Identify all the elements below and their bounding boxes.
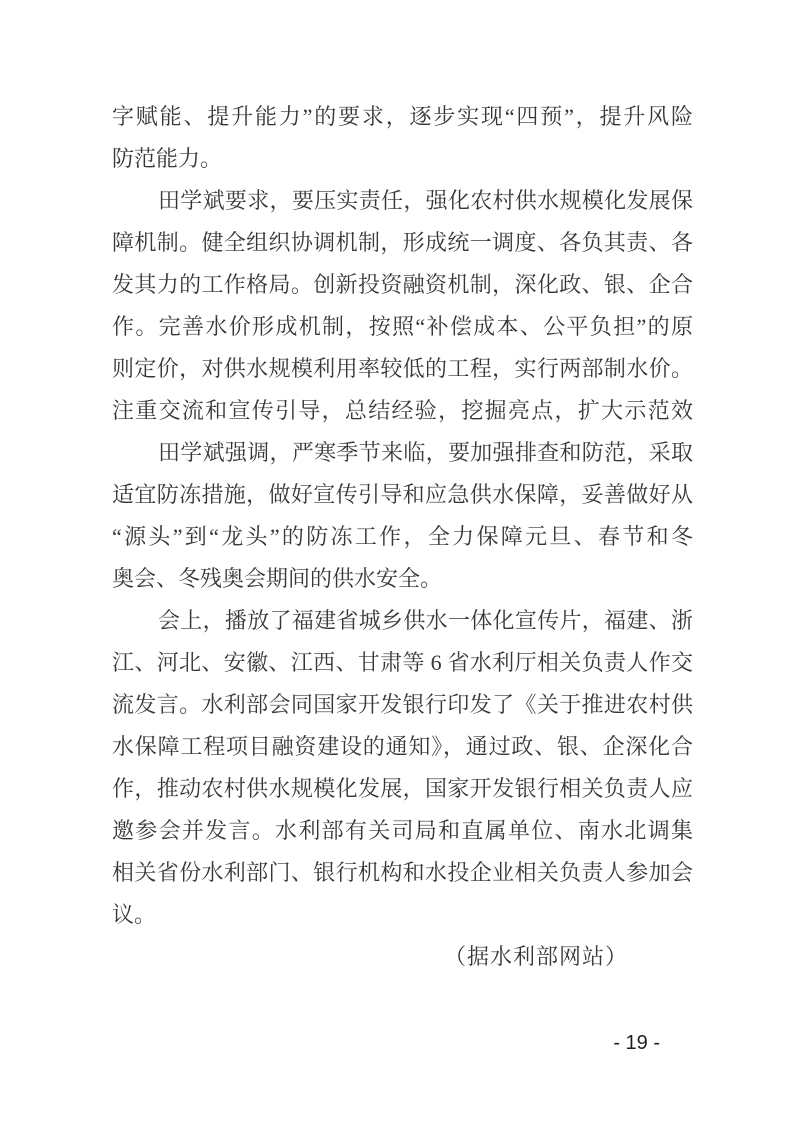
text-line: 字赋能、提升能力”的要求，逐步实现“四预”，提升风险 [112,96,693,138]
text-line: 会上，播放了福建省城乡供水一体化宣传片，福建、浙 [112,600,693,642]
text-line: 注重交流和宣传引导，总结经验，挖掘亮点，扩大示范效应。 [112,390,693,432]
text-line: 议。 [112,894,693,936]
text-line: 田学斌要求，要压实责任，强化农村供水规模化发展保 [112,180,693,222]
text-line: 田学斌强调，严寒季节来临，要加强排查和防范，采取 [112,432,693,474]
text-line: 江、河北、安徽、江西、甘肃等 6 省水利厅相关负责人作交 [112,642,693,684]
text-line: 发其力的工作格局。创新投资融资机制，深化政、银、企合 [112,264,693,306]
text-line: 作。完善水价形成机制，按照“补偿成本、公平负担”的原 [112,306,693,348]
text-line: 邀参会并发言。水利部有关司局和直属单位、南水北调集团、 [112,810,693,852]
text-line: “源头”到“龙头”的防冻工作，全力保障元旦、春节和冬 [112,516,693,558]
document-body: 字赋能、提升能力”的要求，逐步实现“四预”，提升风险防范能力。田学斌要求，要压实… [112,96,693,936]
page-number: - 19 - [0,1028,660,1058]
attribution-line: （据水利部网站） [112,936,693,978]
text-line: 障机制。健全组织协调机制，形成统一调度、各负其责、各 [112,222,693,264]
text-line: 防范能力。 [112,138,693,180]
text-line: 作，推动农村供水规模化发展，国家开发银行相关负责人应 [112,768,693,810]
text-line: 相关省份水利部门、银行机构和水投企业相关负责人参加会 [112,852,693,894]
text-line: 水保障工程项目融资建设的通知》，通过政、银、企深化合 [112,726,693,768]
text-line: 则定价，对供水规模利用率较低的工程，实行两部制水价。 [112,348,693,390]
text-line: 流发言。水利部会同国家开发银行印发了《关于推进农村供 [112,684,693,726]
attribution-text: （据水利部网站） [444,936,628,978]
document-page: 字赋能、提升能力”的要求，逐步实现“四预”，提升风险防范能力。田学斌要求，要压实… [0,0,800,1131]
text-line: 适宜防冻措施，做好宣传引导和应急供水保障，妥善做好从 [112,474,693,516]
text-line: 奥会、冬残奥会期间的供水安全。 [112,558,693,600]
